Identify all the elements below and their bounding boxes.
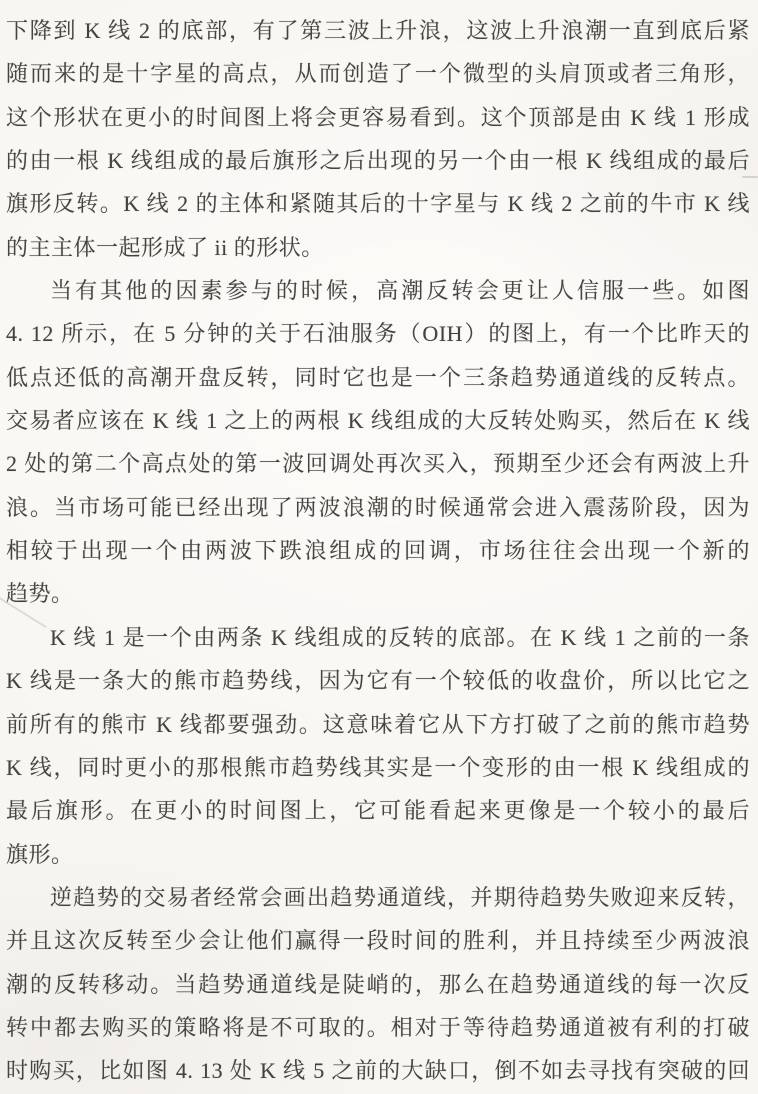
text-line: 4. 12 所示，在 5 分钟的关于石油服务（OIH）的图上，有一个比昨天的: [6, 312, 750, 355]
paragraph: 逆趋势的交易者经常会画出趋势通道线，并期待趋势失败迎来反转，并且这次反转至少会让…: [6, 876, 750, 1093]
text-line: 交易者应该在 K 线 1 之上的两根 K 线组成的大反转处购买，然后在 K 线: [6, 399, 750, 442]
text-line: 旗形反转。K 线 2 的主体和紧随其后的十字星与 K 线 2 之前的牛市 K 线: [6, 182, 750, 225]
text-line: 的由一根 K 线组成的最后旗形之后出现的另一个由一根 K 线组成的最后: [6, 139, 750, 182]
paragraph: 当有其他的因素参与的时候，高潮反转会更让人信服一些。如图4. 12 所示，在 5…: [6, 269, 750, 616]
text-line: 逆趋势的交易者经常会画出趋势通道线，并期待趋势失败迎来反转，: [6, 876, 750, 919]
text-line: 转中都去购买的策略将是不可取的。相对于等待趋势通道被有利的打破: [6, 1006, 750, 1049]
text-line: 浪。当市场可能已经出现了两波浪潮的时候通常会进入震荡阶段，因为: [6, 486, 750, 529]
text-line: 最后旗形。在更小的时间图上，它可能看起来更像是一个较小的最后: [6, 789, 750, 832]
text-line: 下降到 K 线 2 的底部，有了第三波上升浪，这波上升浪潮一直到底后紧: [6, 9, 750, 52]
text-line: 趋势。: [6, 572, 750, 615]
text-line: 前所有的熊市 K 线都要强劲。这意味着它从下方打破了之前的熊市趋势: [6, 703, 750, 746]
text-line: 当有其他的因素参与的时候，高潮反转会更让人信服一些。如图: [6, 269, 750, 312]
body-text: 下降到 K 线 2 的底部，有了第三波上升浪，这波上升浪潮一直到底后紧随而来的是…: [6, 0, 750, 1093]
text-line: 潮的反转移动。当趋势通道线是陡峭的，那么在趋势通道线的每一次反: [6, 963, 750, 1006]
text-line: 时购买，比如图 4. 13 处 K 线 5 之前的大缺口，倒不如去寻找有突破的回: [6, 1049, 750, 1092]
text-line: 并且这次反转至少会让他们赢得一段时间的胜利，并且持续至少两波浪: [6, 919, 750, 962]
text-line: 低点还低的高潮开盘反转，同时它也是一个三条趋势通道线的反转点。: [6, 356, 750, 399]
text-line: 相较于出现一个由两波下跌浪组成的回调，市场往往会出现一个新的: [6, 529, 750, 572]
text-line: 的主主体一起形成了 ii 的形状。: [6, 226, 750, 269]
text-line: 旗形。: [6, 833, 750, 876]
scan-mark-artifact: [742, 176, 758, 178]
text-line: K 线是一条大的熊市趋势线，因为它有一个较低的收盘价，所以比它之: [6, 659, 750, 702]
text-line: K 线 1 是一个由两条 K 线组成的反转的底部。在 K 线 1 之前的一条: [6, 616, 750, 659]
book-page: 下降到 K 线 2 的底部，有了第三波上升浪，这波上升浪潮一直到底后紧随而来的是…: [0, 0, 758, 1094]
text-line: K 线，同时更小的那根熊市趋势线其实是一个变形的由一根 K 线组成的: [6, 746, 750, 789]
paragraph: K 线 1 是一个由两条 K 线组成的反转的底部。在 K 线 1 之前的一条K …: [6, 616, 750, 876]
text-line: 随而来的是十字星的高点，从而创造了一个微型的头肩顶或者三角形，: [6, 52, 750, 95]
text-line: 2 处的第二个高点处的第一波回调处再次买入，预期至少还会有两波上升: [6, 442, 750, 485]
text-line: 这个形状在更小的时间图上将会更容易看到。这个顶部是由 K 线 1 形成: [6, 96, 750, 139]
paragraph: 下降到 K 线 2 的底部，有了第三波上升浪，这波上升浪潮一直到底后紧随而来的是…: [6, 9, 750, 269]
